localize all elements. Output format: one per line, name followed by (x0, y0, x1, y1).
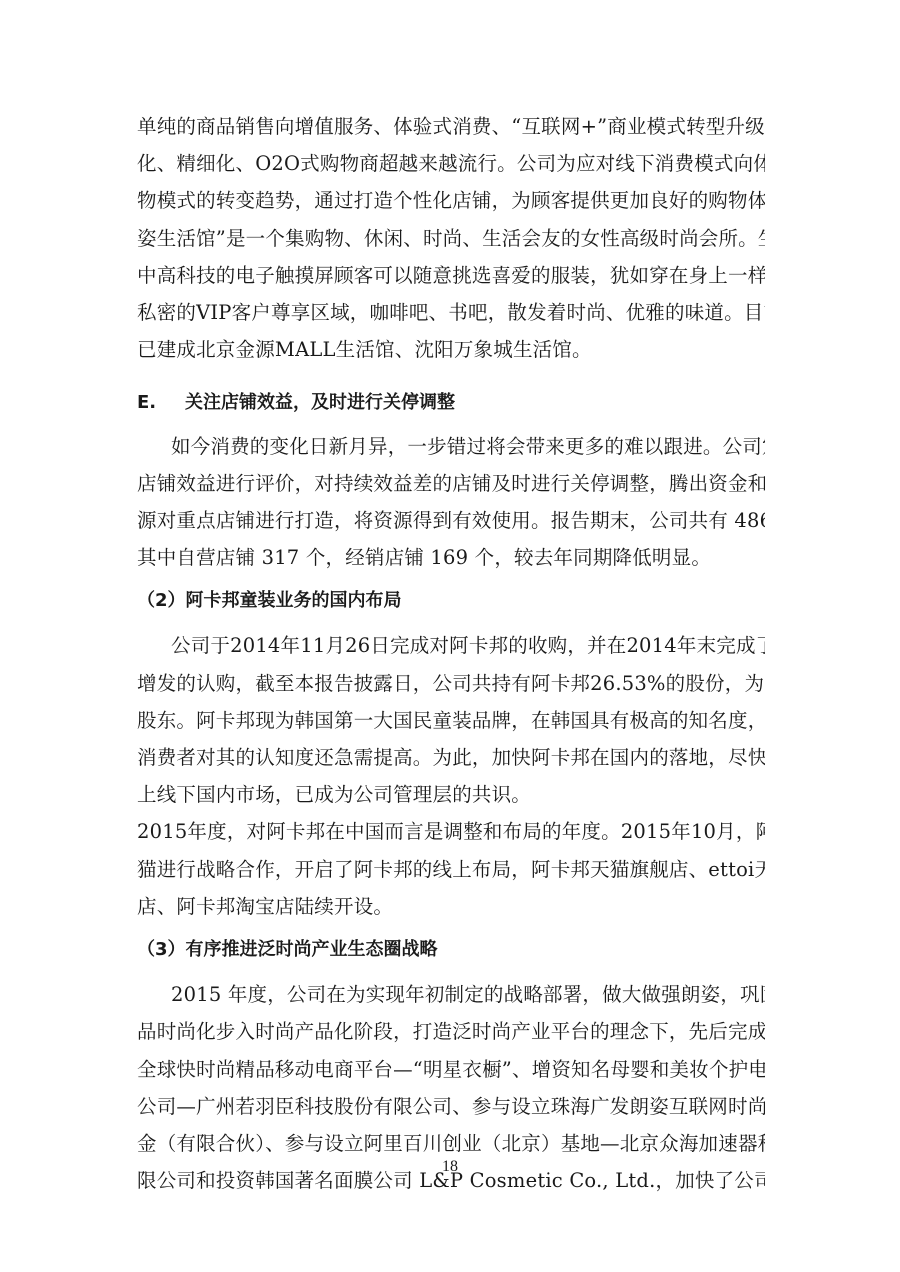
paragraph-store-efficiency: 如今消费的变化日新月异，一步错过将会带来更多的难以跟进。公司定期对 店铺效益进行… (137, 428, 765, 577)
page-number: 18 (0, 1158, 900, 1176)
text-line: 店、阿卡邦淘宝店陆续开设。 (137, 888, 765, 925)
text-line: 姿生活馆”是一个集购物、休闲、时尚、生活会友的女性高级时尚会所。生活馆 (137, 220, 765, 257)
text-line: 品时尚化步入时尚产品化阶段，打造泛时尚产业平台的理念下，先后完成了投资 (137, 1013, 765, 1050)
text-line: 增发的认购，截至本报告披露日，公司共持有阿卡邦26.53%的股份，为其第一大 (137, 665, 765, 702)
text-line: 源对重点店铺进行打造，将资源得到有效使用。报告期末，公司共有 486 个店铺， (137, 502, 765, 539)
text-line: 如今消费的变化日新月异，一步错过将会带来更多的难以跟进。公司定期对 (137, 428, 765, 465)
text-line: 化、精细化、O2O式购物商超越来越流行。公司为应对线下消费模式向体验式购 (137, 145, 765, 182)
heading-number: E. (137, 384, 185, 421)
text-line: 中高科技的电子触摸屏顾客可以随意挑选喜爱的服装，犹如穿在身上一样。尊贵 (137, 257, 765, 294)
section-heading-2: （2）阿卡邦童装业务的国内布局 (137, 582, 765, 619)
text-line: 上线下国内市场，已成为公司管理层的共识。 (137, 776, 765, 813)
heading-number: （3） (137, 931, 186, 968)
paragraph-lifestyle-store: 单纯的商品销售向增值服务、体验式消费、“互联网+”商业模式转型升级，特色 化、精… (137, 108, 765, 368)
text-line: 公司于2014年11月26日完成对阿卡邦的收购，并在2014年末完成了对阿卡邦 (137, 627, 765, 664)
heading-title: 阿卡邦童装业务的国内布局 (186, 590, 402, 611)
heading-number: （2） (137, 582, 186, 619)
text-line: 2015年度，对阿卡邦在中国而言是调整和布局的年度。2015年10月，阿卡邦与天 (137, 813, 765, 850)
section-heading-e: E.关注店铺效益，及时进行关停调整 (137, 384, 765, 421)
text-line: 其中自营店铺 317 个，经销店铺 169 个，较去年同期降低明显。 (137, 539, 765, 576)
paragraph-agabang-online: 2015年度，对阿卡邦在中国而言是调整和布局的年度。2015年10月，阿卡邦与天… (137, 813, 765, 925)
text-line: 店铺效益进行评价，对持续效益差的店铺及时进行关停调整，腾出资金和人力资 (137, 465, 765, 502)
heading-title: 关注店铺效益，及时进行关停调整 (185, 392, 455, 413)
document-page: 单纯的商品销售向增值服务、体验式消费、“互联网+”商业模式转型升级，特色 化、精… (137, 108, 765, 1199)
paragraph-agabang-acquisition: 公司于2014年11月26日完成对阿卡邦的收购，并在2014年末完成了对阿卡邦 … (137, 627, 765, 813)
text-line: 股东。阿卡邦现为韩国第一大国民童装品牌，在韩国具有极高的知名度，但国内 (137, 702, 765, 739)
heading-title: 有序推进泛时尚产业生态圈战略 (186, 939, 438, 960)
text-line: 公司—广州若羽臣科技股份有限公司、参与设立珠海广发朗姿互联网时尚产业基 (137, 1088, 765, 1125)
text-line: 全球快时尚精品移动电商平台—“明星衣橱”、增资知名母婴和美妆个护电商服务 (137, 1051, 765, 1088)
text-line: 2015 年度，公司在为实现年初制定的战略部署，做大做强朗姿，巩固从产 (137, 976, 765, 1013)
section-heading-3: （3）有序推进泛时尚产业生态圈战略 (137, 931, 765, 968)
text-line: 已建成北京金源MALL生活馆、沈阳万象城生活馆。 (137, 331, 765, 368)
text-line: 猫进行战略合作，开启了阿卡邦的线上布局，阿卡邦天猫旗舰店、ettoi天猫旗舰 (137, 851, 765, 888)
text-line: 物模式的转变趋势，通过打造个性化店铺，为顾客提供更加良好的购物体验。“朗 (137, 182, 765, 219)
text-line: 消费者对其的认知度还急需提高。为此，加快阿卡邦在国内的落地，尽快布局线 (137, 739, 765, 776)
text-line: 金（有限合伙）、参与设立阿里百川创业（北京）基地—北京众海加速器科技有 (137, 1125, 765, 1162)
text-line: 私密的VIP客户尊享区域，咖啡吧、书吧，散发着时尚、优雅的味道。目前公司 (137, 294, 765, 331)
text-line: 单纯的商品销售向增值服务、体验式消费、“互联网+”商业模式转型升级，特色 (137, 108, 765, 145)
